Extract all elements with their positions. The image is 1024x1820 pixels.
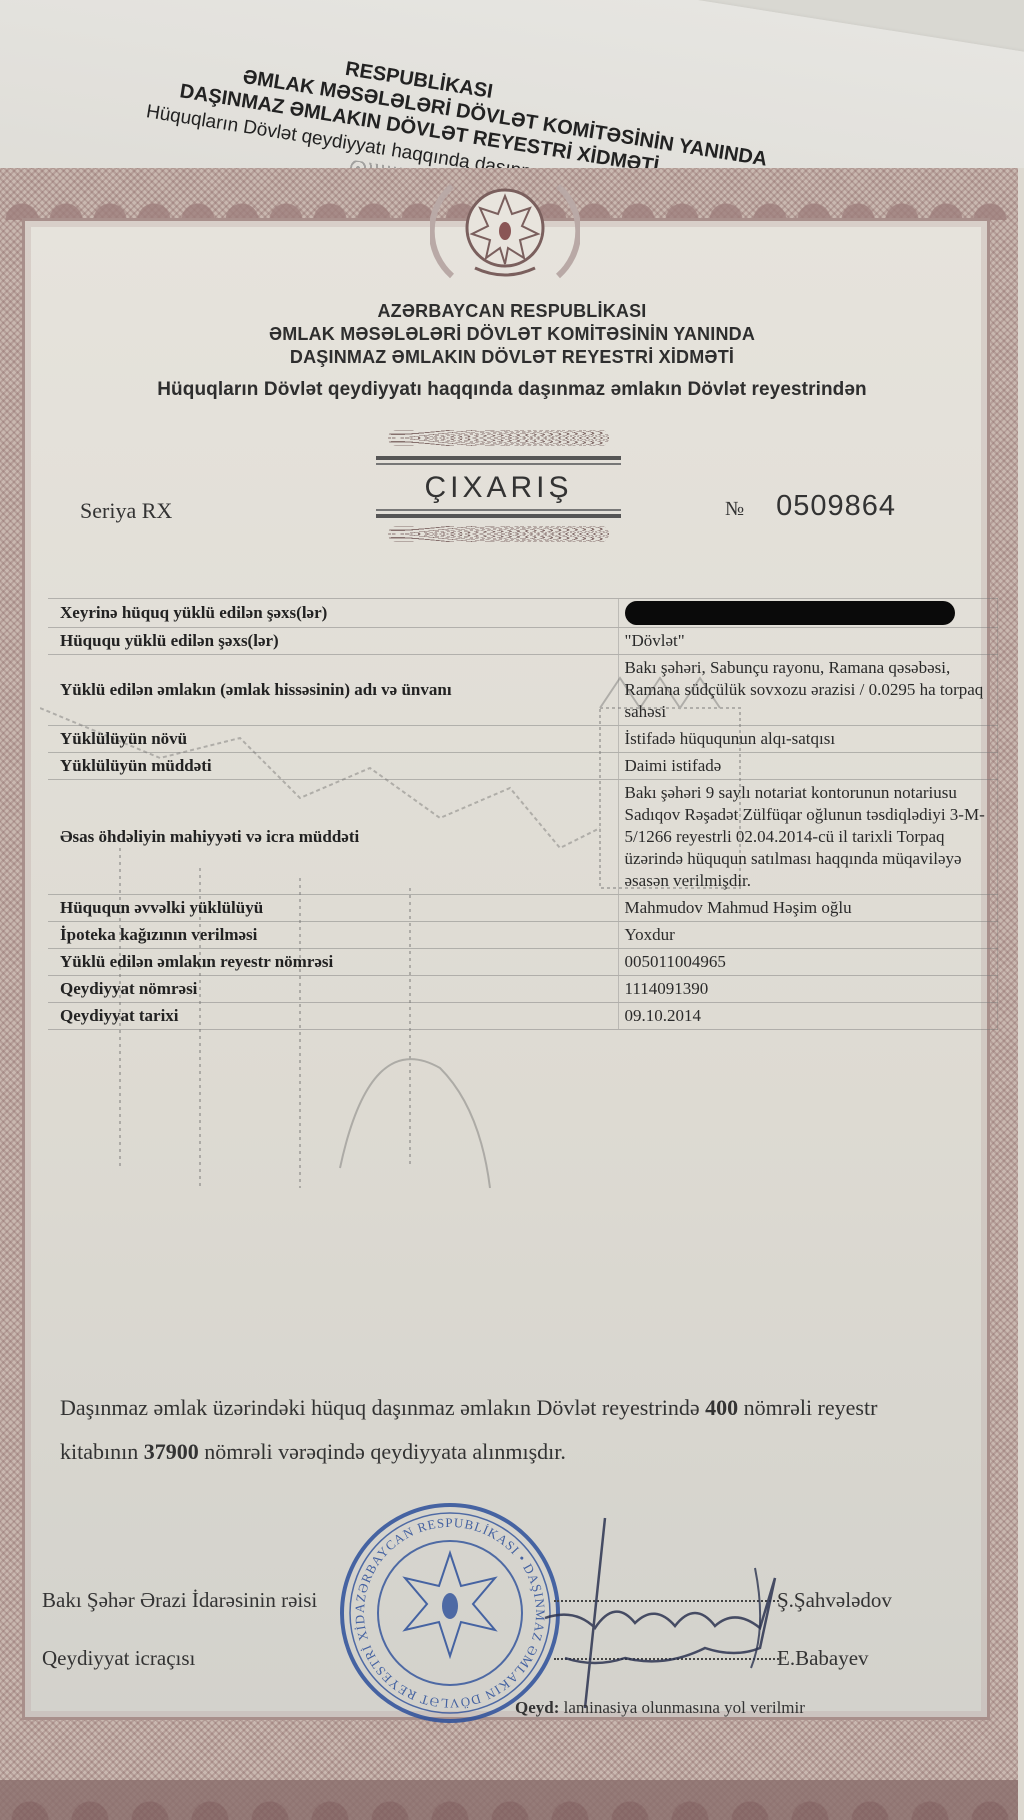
row-value: Yoxdur [618,922,998,949]
row-label: Yüklülüyün növü [48,726,618,753]
row-label: Yüklülüyün müddəti [48,753,618,780]
coat-of-arms-icon [430,176,580,286]
registration-statement: Daşınmaz əmlak üzərindəki hüquq daşınmaz… [60,1386,944,1474]
row-label: Hüququ yüklü edilən şəxs(lər) [48,628,618,655]
statement-page-number: 37900 [144,1439,199,1464]
signatory-role: Bakı Şəhər Ərazi İdarəsinin rəisi [42,1588,317,1612]
border-scallop-bottom [0,1780,1018,1820]
redaction-bar [625,601,955,625]
table-row: Qeydiyyat nömrəsi 1114091390 [48,976,998,1003]
table-row: Yüklülüyün müddəti Daimi istifadə [48,753,998,780]
row-label: Yüklü edilən əmlakın reyestr nömrəsi [48,949,618,976]
row-label: Qeydiyyat nömrəsi [48,976,618,1003]
row-value-redacted [618,599,998,628]
document-title: ÇIXARIŞ [376,465,621,509]
title-block: ÇIXARIŞ [376,430,621,542]
header-subtitle: Hüquqların Dövlət qeydiyyatı haqqında da… [0,379,1024,401]
table-row: Hüququn əvvəlki yüklülüyü Mahmudov Mahmu… [48,895,998,922]
table-row: İpoteka kağızının verilməsi Yoxdur [48,922,998,949]
ornament-top-icon [388,430,609,446]
ornament-bottom-icon [388,526,609,542]
lamination-note: Qeyd: laminasiya olunmasına yol verilmir [515,1698,805,1718]
statement-book-number: 400 [705,1395,738,1420]
note-label: Qeyd: [515,1698,559,1717]
title-rule-top [376,456,621,465]
document-number: № 0509864 [725,490,896,523]
table-row: Hüququ yüklü edilən şəxs(lər) "Dövlət" [48,628,998,655]
number-value: 0509864 [776,490,896,522]
series-label: Seriya RX [80,498,172,524]
statement-part1: Daşınmaz əmlak üzərindəki hüquq daşınmaz… [60,1395,705,1420]
row-label: Əsas öhdəliyin mahiyyəti və icra müddəti [48,780,618,895]
row-value: Mahmudov Mahmud Həşim oğlu [618,895,998,922]
table-row: Yüklü edilən əmlakın reyestr nömrəsi 005… [48,949,998,976]
table-row: Qeydiyyat tarixi 09.10.2014 [48,1003,998,1030]
header-service: DAŞINMAZ ƏMLAKIN DÖVLƏT REYESTRİ XİDMƏTİ [0,346,1024,369]
number-sign: № [725,498,744,520]
row-value: 09.10.2014 [618,1003,998,1030]
document-header: AZƏRBAYCAN RESPUBLİKASI ƏMLAK MƏSƏLƏLƏRİ… [0,300,1024,401]
table-row: Əsas öhdəliyin mahiyyəti və icra müddəti… [48,780,998,895]
row-label: İpoteka kağızının verilməsi [48,922,618,949]
row-value: 1114091390 [618,976,998,1003]
details-table: Xeyrinə hüquq yüklü edilən şəxs(lər) Hüq… [48,598,998,1030]
row-label: Hüququn əvvəlki yüklülüyü [48,895,618,922]
table-row: Yüklülüyün növü İstifadə hüququnun alqı-… [48,726,998,753]
header-country: AZƏRBAYCAN RESPUBLİKASI [0,300,1024,323]
table-row: Yüklü edilən əmlakın (əmlak hissəsinin) … [48,655,998,726]
row-value: Bakı şəhəri 9 saylı notariat kontorunun … [618,780,998,895]
statement-part3: nömrəli vərəqində qeydiyyata alınmışdır. [199,1439,566,1464]
header-committee: ƏMLAK MƏSƏLƏLƏRİ DÖVLƏT KOMİTƏSİNİN YANI… [0,323,1024,346]
table-row: Xeyrinə hüquq yüklü edilən şəxs(lər) [48,599,998,628]
row-value: İstifadə hüququnun alqı-satqısı [618,726,998,753]
row-value: Bakı şəhəri, Sabunçu rayonu, Ramana qəsə… [618,655,998,726]
signatory-role: Qeydiyyat icraçısı [42,1646,195,1670]
row-label: Qeydiyyat tarixi [48,1003,618,1030]
title-rule-bottom [376,509,621,518]
row-value: Daimi istifadə [618,753,998,780]
note-text: laminasiya olunmasına yol verilmir [559,1698,805,1717]
row-value: 005011004965 [618,949,998,976]
row-label: Yüklü edilən əmlakın (əmlak hissəsinin) … [48,655,618,726]
row-value: "Dövlət" [618,628,998,655]
certificate: AZƏRBAYCAN RESPUBLİKASI ƏMLAK MƏSƏLƏLƏRİ… [0,168,1024,1820]
row-label: Xeyrinə hüquq yüklü edilən şəxs(lər) [48,599,618,628]
